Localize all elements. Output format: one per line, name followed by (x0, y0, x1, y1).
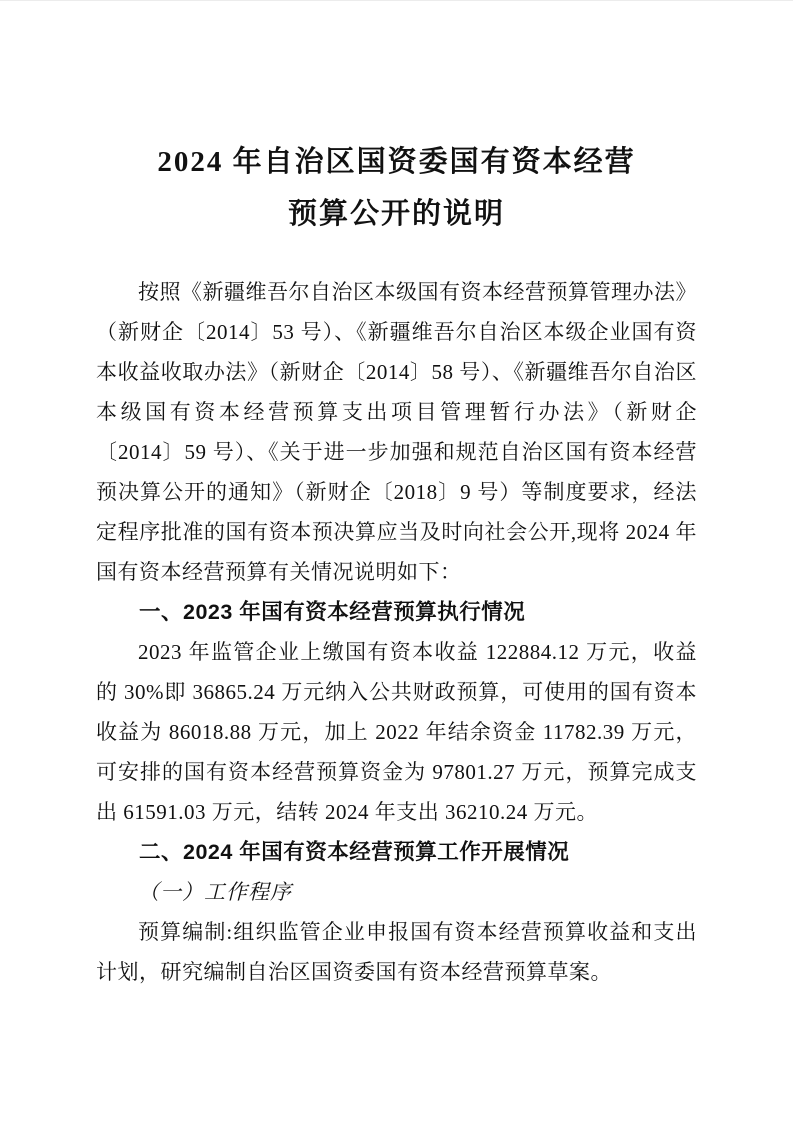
document-title: 2024 年自治区国资委国有资本经营 预算公开的说明 (96, 136, 697, 240)
title-line-2: 预算公开的说明 (288, 198, 505, 230)
document-content: 2024 年自治区国资委国有资本经营 预算公开的说明 按照《新疆维吾尔自治区本级… (0, 1, 793, 992)
heading-section-2: 二、2024 年国有资本经营预算工作开展情况 (96, 832, 697, 872)
subheading-work-procedure: （一）工作程序 (96, 872, 697, 912)
paragraph-2023-execution: 2023 年监管企业上缴国有资本收益 122884.12 万元，收益的 30%即… (96, 632, 697, 832)
document-page: 2024 年自治区国资委国有资本经营 预算公开的说明 按照《新疆维吾尔自治区本级… (0, 0, 793, 1122)
paragraph-budget-compilation: 预算编制:组织监管企业申报国有资本经营预算收益和支出计划，研究编制自治区国资委国… (96, 912, 697, 992)
heading-section-1: 一、2023 年国有资本经营预算执行情况 (96, 592, 697, 632)
title-line-1: 2024 年自治区国资委国有资本经营 (157, 146, 635, 178)
paragraph-intro: 按照《新疆维吾尔自治区本级国有资本经营预算管理办法》（新财企〔2014〕53 号… (96, 272, 697, 592)
